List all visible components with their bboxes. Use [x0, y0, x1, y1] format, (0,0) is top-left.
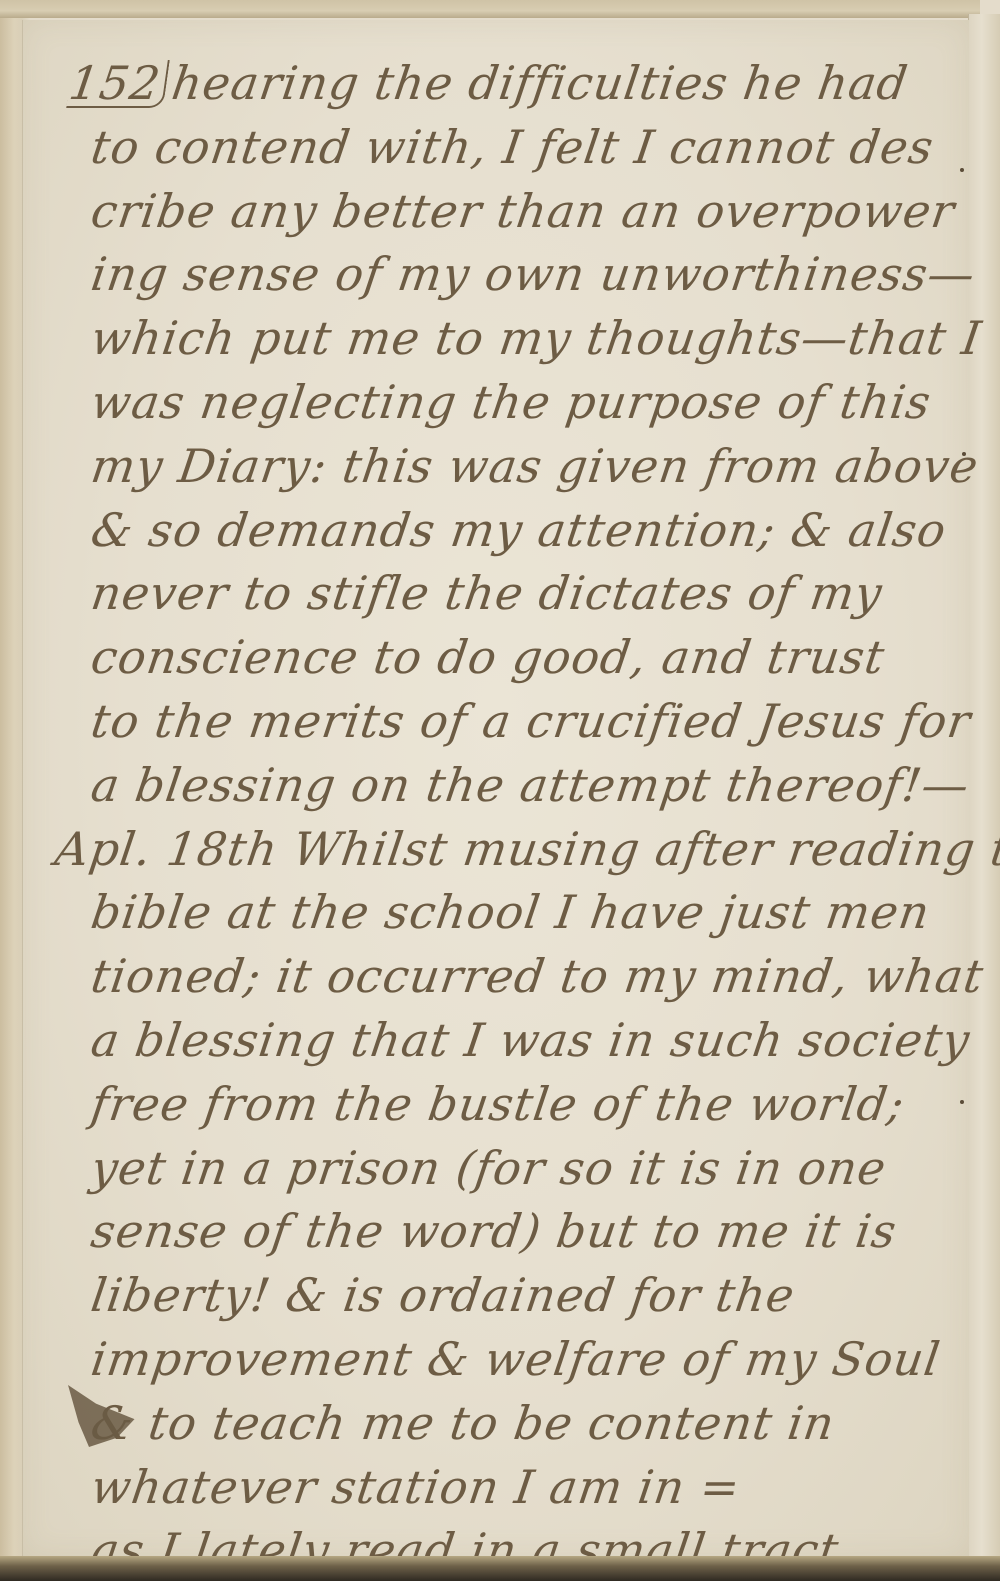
line-text: conscience to do good, and trust: [88, 630, 889, 684]
line-text: whatever station I am in =: [88, 1460, 744, 1514]
text-line-6: was neglecting the purpose of this: [65, 371, 974, 435]
line-text: my Diary: this was given from above: [88, 439, 982, 493]
text-line-18: yet in a prison (for so it is in one: [65, 1137, 974, 1201]
text-line-23: whatever station I am in =: [65, 1456, 974, 1520]
text-line-14: bible at the school I have just men: [65, 881, 974, 945]
text-line-1: 152hearing the difficulties he had: [65, 52, 974, 116]
paper-speck: [962, 452, 966, 456]
paper-speck: [960, 1100, 964, 1104]
line-text: to contend with, I felt I cannot des: [88, 120, 937, 174]
text-line-11: to the merits of a crucified Jesus for: [65, 690, 974, 754]
text-line-7: my Diary: this was given from above: [65, 435, 974, 499]
line-text: bible at the school I have just men: [88, 885, 934, 939]
text-line-13-dated-entry: Apl. 18th Whilst musing after reading th…: [51, 818, 974, 882]
text-line-9: never to stifle the dictates of my: [65, 562, 974, 626]
line-text: which put me to my thoughts—that I: [88, 311, 985, 365]
line-text: & to teach me to be content in: [88, 1396, 839, 1450]
text-line-22: & to teach me to be content in: [65, 1392, 974, 1456]
line-text: was neglecting the purpose of this: [88, 375, 935, 429]
line-text: liberty! & is ordained for the: [88, 1268, 799, 1322]
text-line-16: a blessing that I was in such society: [65, 1009, 974, 1073]
text-line-19: sense of the word) but to me it is: [65, 1200, 974, 1264]
text-line-21: improvement & welfare of my Soul: [65, 1328, 974, 1392]
line-text: free from the bustle of the world;: [88, 1077, 908, 1131]
text-line-4: ing sense of my own unworthiness—: [65, 243, 974, 307]
text-line-3: cribe any better than an overpower: [65, 180, 974, 244]
text-line-2: to contend with, I felt I cannot des: [65, 116, 974, 180]
line-text: sense of the word) but to me it is: [88, 1204, 900, 1258]
text-line-12: a blessing on the attempt thereof!—: [65, 754, 974, 818]
line-text: a blessing on the attempt thereof!—: [88, 758, 973, 812]
line-text: never to stifle the dictates of my: [88, 566, 886, 620]
line-text: Apl. 18th Whilst musing after reading th…: [52, 822, 1000, 876]
text-line-8: & so demands my attention; & also: [65, 499, 974, 563]
page-top-edge: [0, 0, 980, 18]
manuscript-page: 152hearing the difficulties he had to co…: [22, 20, 969, 1556]
line-text: yet in a prison (for so it is in one: [88, 1141, 890, 1195]
text-line-20: liberty! & is ordained for the: [65, 1264, 974, 1328]
text-line-5: which put me to my thoughts—that I: [65, 307, 974, 371]
line-text: a blessing that I was in such society: [88, 1013, 974, 1067]
paper-speck: [960, 168, 964, 172]
page-number: 152: [66, 60, 170, 108]
handwritten-text: 152hearing the difficulties he had to co…: [65, 52, 965, 1581]
line-text: tioned; it occurred to my mind, what: [88, 949, 987, 1003]
line-text: ing sense of my own unworthiness—: [88, 247, 979, 301]
line-text: hearing the difficulties he had: [169, 56, 912, 110]
line-text: & so demands my attention; & also: [88, 503, 950, 557]
line-text: to the merits of a crucified Jesus for: [88, 694, 975, 748]
text-line-10: conscience to do good, and trust: [65, 626, 974, 690]
line-text: improvement & welfare of my Soul: [88, 1332, 944, 1386]
text-line-15: tioned; it occurred to my mind, what: [65, 945, 974, 1009]
text-line-17: free from the bustle of the world;: [65, 1073, 974, 1137]
page-bottom-edge: [0, 1556, 1000, 1581]
line-text: cribe any better than an overpower: [88, 184, 959, 238]
